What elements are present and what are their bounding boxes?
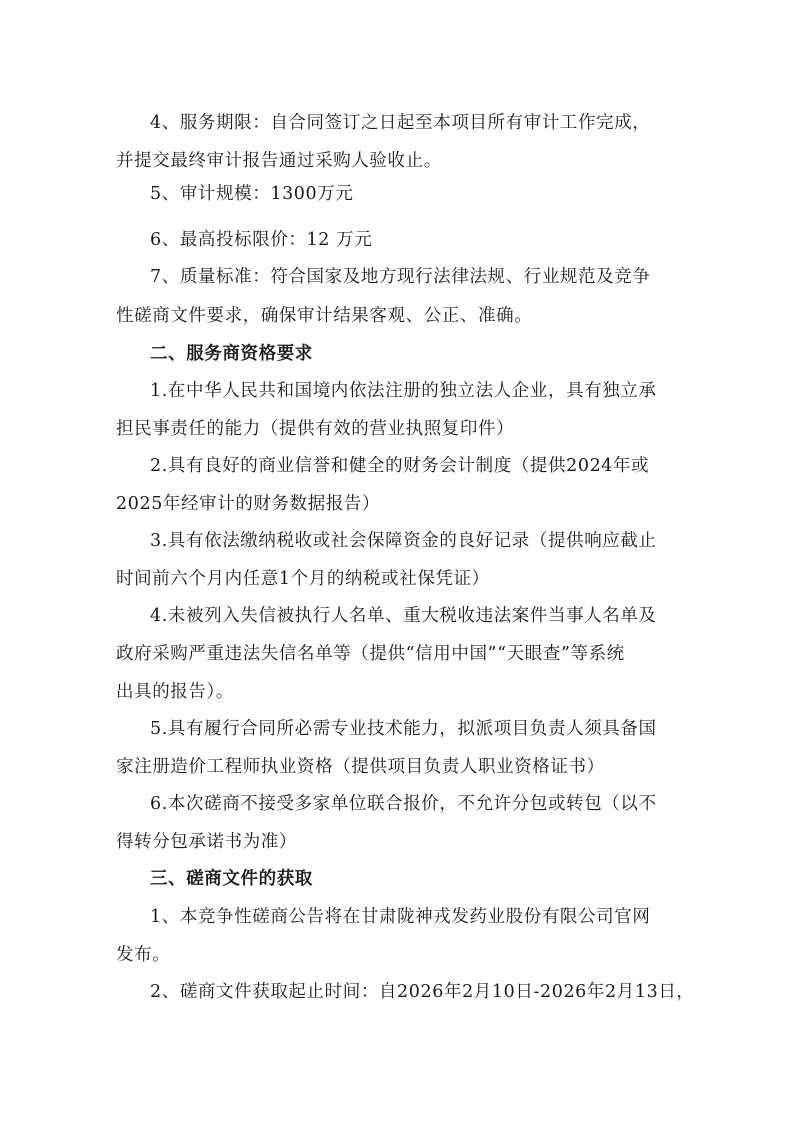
qualification-3-line-1: 3.具有依法缴纳税收或社会保障资金的良好记录（提供响应截止 [150, 530, 657, 552]
service-period-line-2: 并提交最终审计报告通过采购人验收止。 [116, 150, 442, 172]
qualification-5-line-1: 5.具有履行合同所必需专业技术能力，拟派项目负责人须具备国 [150, 718, 657, 740]
qualification-2-line-1: 2.具有良好的商业信誉和健全的财务会计制度（提供2024年或 [150, 455, 649, 477]
qualification-4-line-1: 4.未被列入失信被执行人名单、重大税收违法案件当事人名单及 [150, 605, 657, 627]
qualification-6-line-1: 6.本次磋商不接受多家单位联合报价，不允许分包或转包（以不 [150, 793, 657, 815]
section-heading-document-acquisition: 三、磋商文件的获取 [150, 868, 313, 890]
acquisition-1-line-2: 发布。 [116, 944, 170, 966]
qualification-3-line-2: 时间前六个月内任意1个月的纳税或社保凭证） [116, 568, 490, 590]
qualification-1-line-1: 1.在中华人民共和国境内依法注册的独立法人企业，具有独立承 [150, 380, 657, 402]
qualification-1-line-2: 担民事责任的能力（提供有效的营业执照复印件） [116, 418, 514, 440]
service-period-line-1: 4、服务期限：自合同签订之日起至本项目所有审计工作完成， [150, 112, 650, 134]
qualification-2-line-2: 2025年经审计的财务数据报告） [116, 493, 380, 515]
qualification-5-line-2: 家注册造价工程师执业资格（提供项目负责人职业资格证书） [116, 756, 605, 778]
qualification-6-line-2: 得转分包承诺书为准） [116, 831, 297, 853]
qualification-4-line-3: 出具的报告）。 [116, 681, 234, 703]
section-heading-qualifications: 二、服务商资格要求 [150, 343, 313, 365]
document-page: 4、服务期限：自合同签订之日起至本项目所有审计工作完成， 并提交最终审计报告通过… [0, 0, 793, 1122]
acquisition-2-line-1: 2、磋商文件获取起止时间：自2026年2月10日-2026年2月13日， [150, 981, 695, 1003]
max-bid-price-line: 6、最高投标限价：12 万元 [150, 229, 372, 251]
qualification-4-line-2: 政府采购严重违法失信名单等（提供“信用中国”“天眼查”等系统 [116, 643, 625, 665]
acquisition-1-line-1: 1、本竞争性磋商公告将在甘肃陇神戎发药业股份有限公司官网 [150, 906, 650, 928]
audit-scale-line: 5、审计规模：1300万元 [150, 183, 353, 205]
quality-standard-line-1: 7、质量标准：符合国家及地方现行法律法规、行业规范及竞争 [150, 266, 650, 288]
quality-standard-line-2: 性磋商文件要求，确保审计结果客观、公正、准确。 [116, 305, 532, 327]
